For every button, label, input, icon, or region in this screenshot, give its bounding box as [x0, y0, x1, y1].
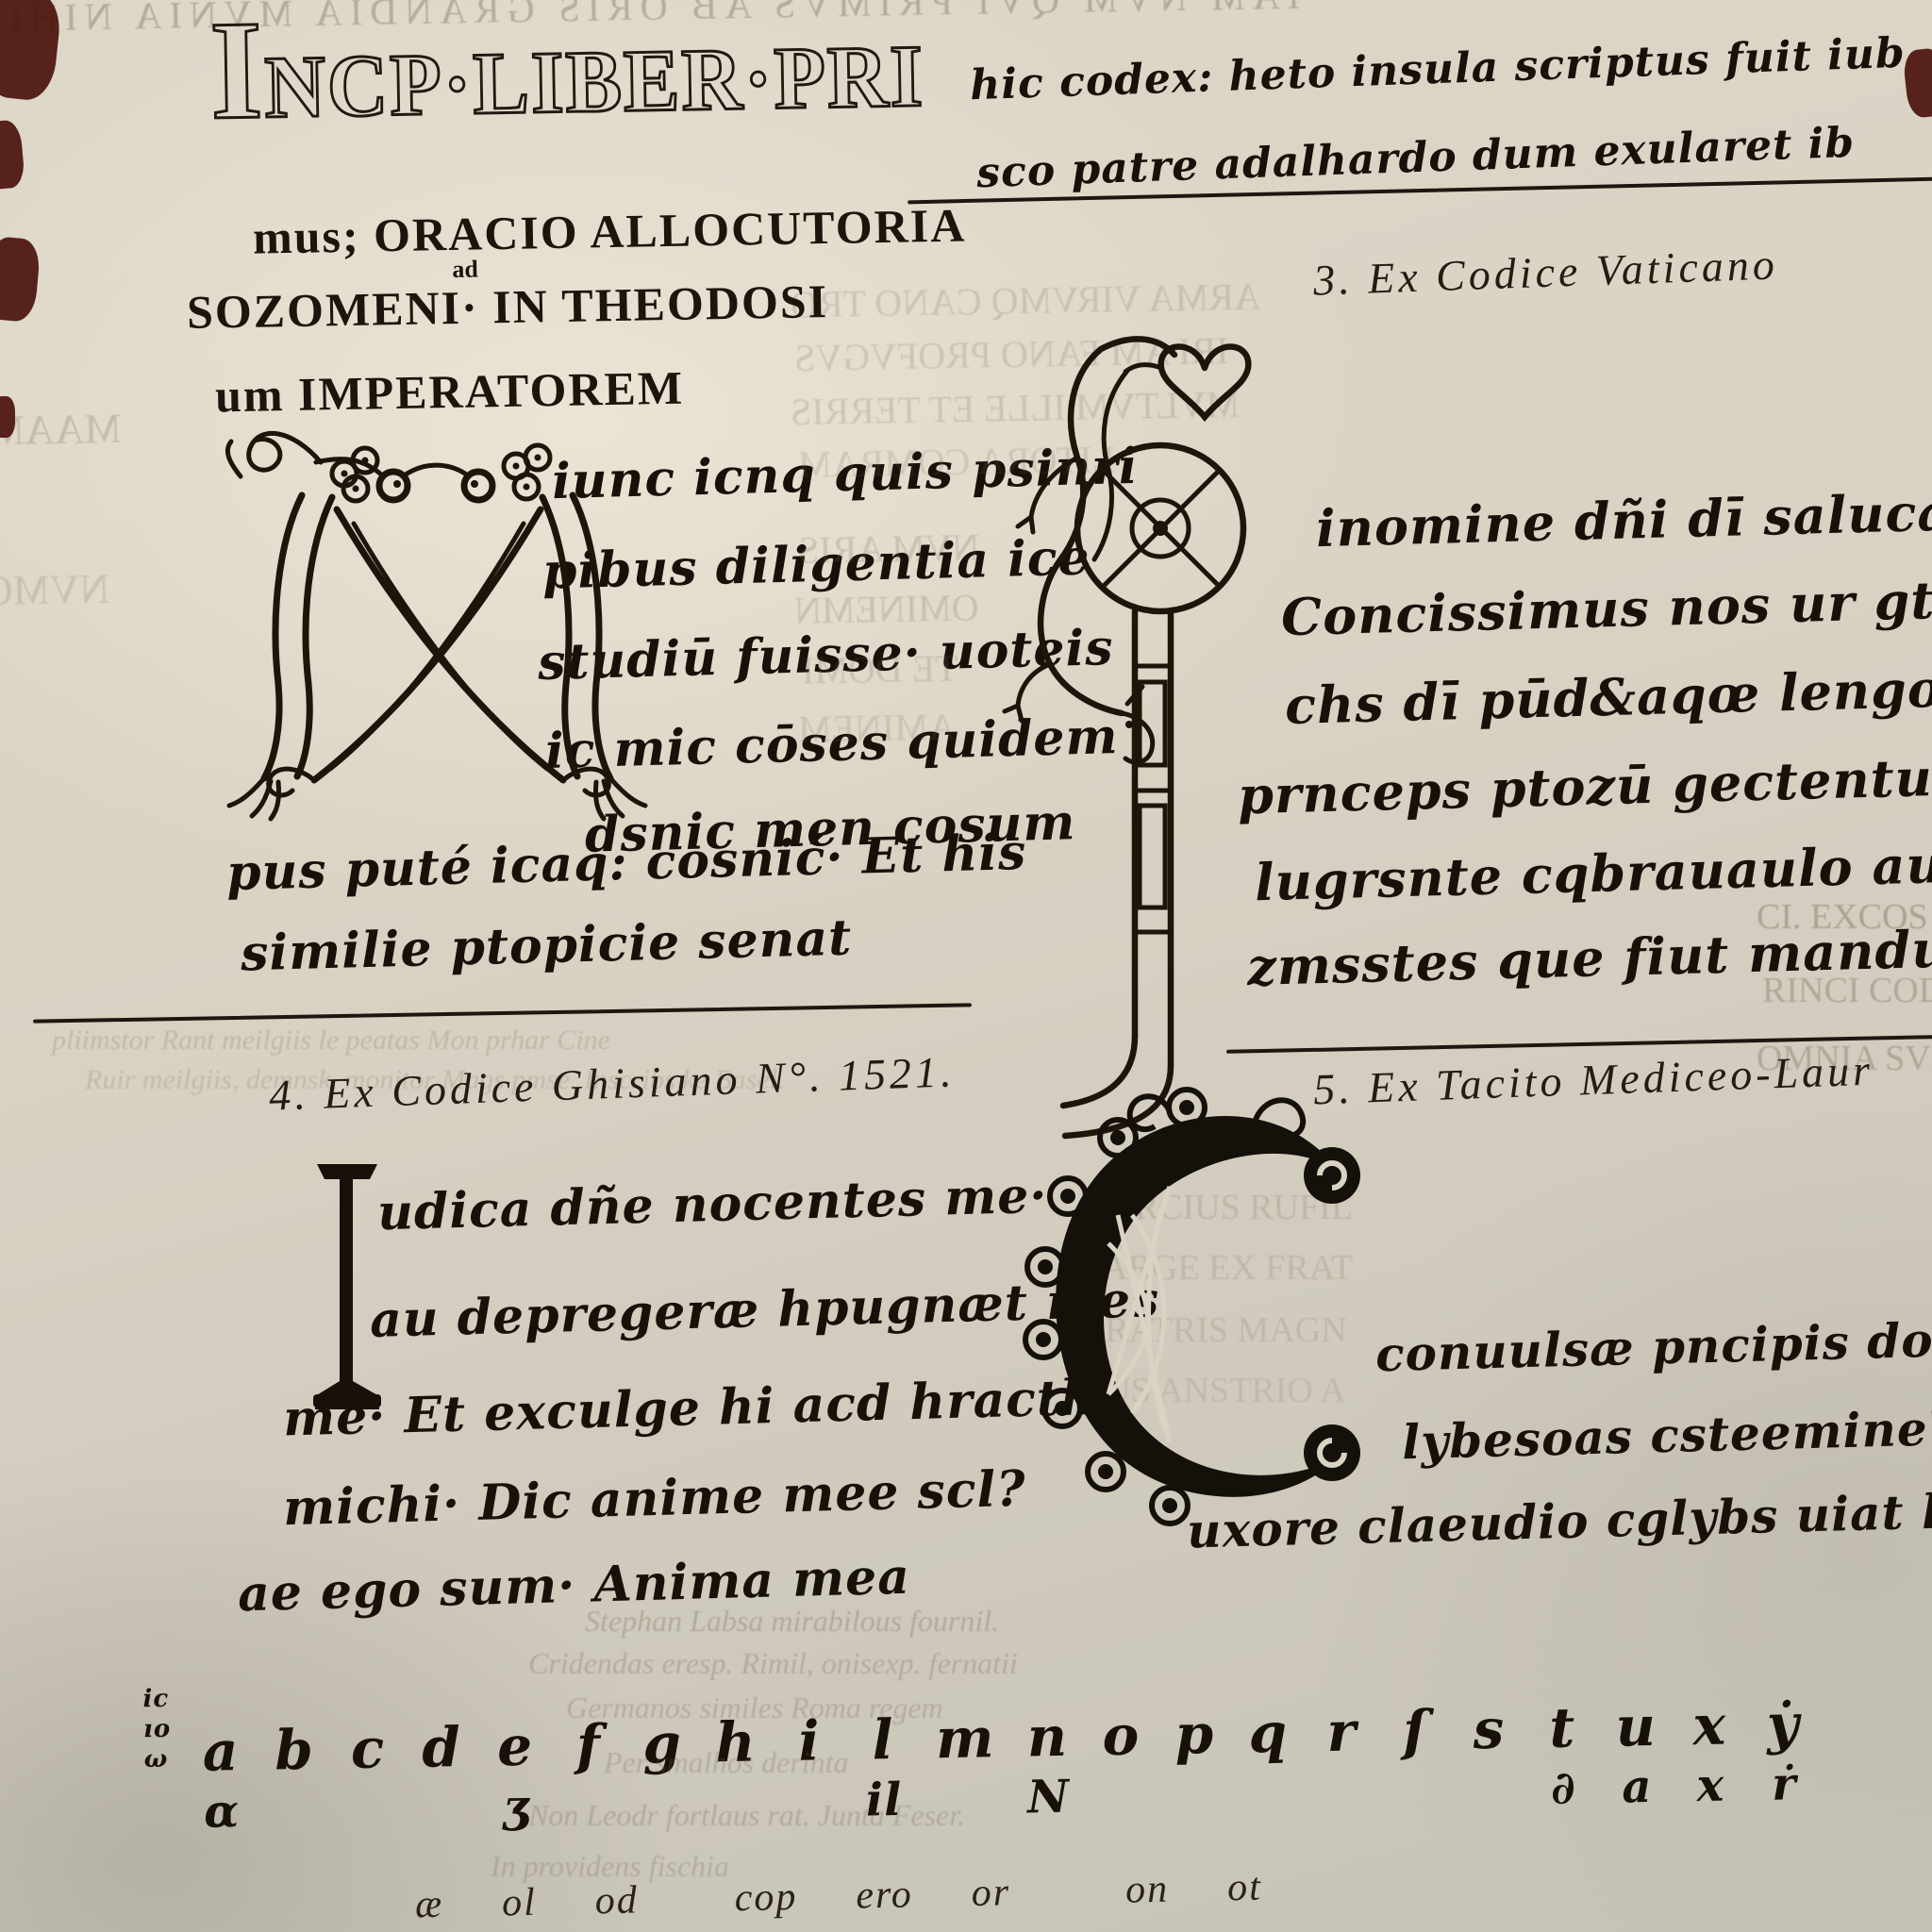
alphabet-cell: s — [1468, 1697, 1510, 1762]
manuscript-line: michi· Dic anime mee scl? — [282, 1460, 1026, 1538]
alphabet-glyph: q — [1248, 1701, 1289, 1766]
alphabet-cell: m — [935, 1706, 995, 1771]
initial-i-ghisiano — [304, 1158, 391, 1415]
incipit-line-3-text: SOZOMENI· IN THEODOSI — [187, 275, 829, 339]
alphabet-glyph: b — [275, 1718, 315, 1783]
red-edge-mark — [0, 396, 15, 438]
caption-ex-codice-vaticano: 3. Ex Codice Vaticano — [1312, 239, 1778, 305]
alphabet-glyph: t — [1549, 1695, 1576, 1759]
alphabet-variant: ∂ — [1551, 1761, 1577, 1814]
manuscript-line: conuulsæ pncipis domz· ob — [1374, 1307, 1932, 1382]
manuscript-line: me· Et exculge hi acd hracthi — [282, 1368, 1117, 1447]
alphabet-cell: o — [1100, 1703, 1142, 1768]
manuscript-line: udica dñe nocentes me· — [376, 1167, 1048, 1242]
alphabet-cell: ẏṙ — [1762, 1691, 1805, 1757]
alphabet-cell: p — [1174, 1702, 1216, 1767]
alphabet-glyph: ẏ — [1766, 1691, 1800, 1757]
red-edge-mark — [1902, 47, 1932, 119]
alphabet-variant: il — [865, 1774, 902, 1827]
manuscript-line: Concissimus nos ur gtosi — [1280, 568, 1932, 647]
alphabet-glyph: r — [1326, 1699, 1357, 1764]
alphabet-cell: i — [788, 1708, 830, 1774]
alphabet-cell: ſ — [1394, 1698, 1437, 1763]
alphabet-variant: N — [1027, 1771, 1071, 1824]
ligature-label: on — [1125, 1867, 1170, 1913]
alphabet-cell: q — [1247, 1701, 1290, 1766]
ligature-label: æ — [415, 1882, 444, 1928]
incipit-line-3: SOZOMENI· IN THEODOSI ad — [187, 274, 829, 340]
alphabet-cell: c — [347, 1716, 390, 1781]
manuscript-line: inomine dñi dī salucatoh — [1315, 479, 1932, 558]
caption-ex-tacito-mediceo: 5. Ex Tacito Mediceo-Laur — [1312, 1045, 1874, 1115]
alphabet-glyph: ſ — [1403, 1698, 1428, 1762]
incipit-initial: I — [208, 0, 265, 149]
manuscript-line: prnceps ptozū gectentude d — [1237, 744, 1932, 826]
alphabet-leader-item: ic — [142, 1685, 171, 1714]
caption-ex-codice-ghisiano: 4. Ex Codice Ghisiano N°. 1521. — [268, 1046, 956, 1120]
alphabet-glyph: e — [497, 1714, 534, 1779]
incipit-line-2: mus; ORACIO ALLOCUTORIA — [253, 197, 967, 264]
alphabet-glyph: c — [350, 1716, 386, 1781]
alphabet-cell: b — [274, 1718, 316, 1783]
alphabet-variant: x — [1696, 1759, 1725, 1813]
alphabet-cell: lil — [861, 1707, 904, 1773]
alphabet-cell: f — [567, 1712, 609, 1777]
alphabet-leader-item: ω — [143, 1745, 172, 1774]
manuscript-line: lugrsnte cqbrauaulo aursso — [1254, 831, 1932, 912]
alphabet-cell: r — [1321, 1699, 1363, 1764]
alphabet-glyph: s — [1473, 1697, 1506, 1762]
ligature-label: od — [594, 1877, 639, 1924]
ligature-label: ot — [1227, 1865, 1263, 1911]
manuscript-line: lybesoas csteemine' qs d — [1401, 1397, 1932, 1471]
ligature-label: cop — [734, 1874, 798, 1921]
alphabet-row: aα b c d eʒ f g h i lil m nN o p q r ſ s… — [200, 1691, 1805, 1784]
incipit-title-rest: NCP·LIBER·PRI — [264, 27, 925, 137]
red-edge-mark — [0, 119, 25, 190]
bleedthrough-text: NVMOQ — [0, 565, 110, 616]
ligature-label: ol — [502, 1880, 538, 1926]
manuscript-line: similie ptopicie senat — [240, 909, 853, 983]
alphabet-cell: t∂ — [1541, 1695, 1584, 1760]
zoomorphic-initial-m — [212, 406, 656, 802]
alphabet-glyph: h — [715, 1710, 757, 1775]
alphabet-glyph: i — [798, 1708, 821, 1773]
alphabet-glyph: o — [1102, 1703, 1141, 1768]
alphabet-glyph: d — [422, 1715, 462, 1780]
alphabet-glyph: u — [1615, 1694, 1657, 1759]
bleedthrough-text: pliimstor Rant meilgiis le peatas Mon pr… — [52, 1024, 610, 1057]
alphabet-variant: ʒ — [503, 1780, 530, 1833]
alphabet-cell: nN — [1026, 1705, 1069, 1770]
bleedthrough-text: Cridendas eresp. Rimil, onisexp. fernati… — [528, 1646, 1018, 1681]
alphabet-glyph: x — [1692, 1693, 1727, 1758]
manuscript-line: zmsstes que fiut manduli 8 — [1246, 916, 1932, 997]
section-divider — [33, 1003, 972, 1023]
alphabet-variant: α — [204, 1785, 241, 1839]
ligature-label: ero — [856, 1872, 913, 1918]
manuscript-line: chs dī pūd&aqœ lengohr — [1284, 657, 1932, 736]
alphabet-cell: ua — [1615, 1694, 1657, 1759]
alphabet-glyph: f — [575, 1712, 601, 1776]
alphabet-glyph: n — [1026, 1705, 1068, 1770]
manuscript-line: pus puté icaq: cosnić· Et his — [225, 824, 1027, 902]
alphabet-cell: eʒ — [493, 1714, 536, 1779]
alphabet-glyph: p — [1174, 1702, 1215, 1767]
alphabet-glyph: l — [872, 1707, 894, 1772]
alphabet-cell: aα — [200, 1719, 242, 1784]
alphabet-variant: ṙ — [1772, 1757, 1797, 1810]
manuscript-line: hic codex: heto insula scriptus fuit iub — [969, 29, 1906, 110]
alphabet-cell: h — [714, 1710, 757, 1775]
red-edge-mark — [0, 236, 42, 323]
alphabet-leader-item: ıo — [143, 1715, 172, 1744]
alphabet-cell: g — [641, 1711, 683, 1776]
knotwork-initial-tacito — [1028, 1083, 1387, 1536]
alphabet-cell: d — [421, 1715, 463, 1780]
ligature-label: or — [971, 1870, 1010, 1916]
alphabet-glyph: g — [642, 1711, 683, 1776]
alphabet-cell: xx — [1689, 1693, 1731, 1758]
incipit-superscript: ad — [452, 256, 478, 284]
zoomorphic-initial-vaticano — [986, 281, 1288, 1140]
red-edge-mark — [0, 0, 63, 103]
alphabet-variant: a — [1622, 1760, 1653, 1814]
ligature-label-row: æ ol od cop ero or on ot — [415, 1865, 1263, 1928]
alphabet-glyph: a — [202, 1719, 240, 1784]
alphabet-glyph: m — [935, 1706, 995, 1771]
bleedthrough-text: MAAMO — [0, 404, 122, 455]
alphabet-leader-stack: ic ıo ω — [142, 1685, 172, 1774]
manuscript-line: ae ego sum· Anima mea — [237, 1548, 910, 1624]
incipit-title: INCP·LIBER·PRI — [209, 16, 925, 140]
